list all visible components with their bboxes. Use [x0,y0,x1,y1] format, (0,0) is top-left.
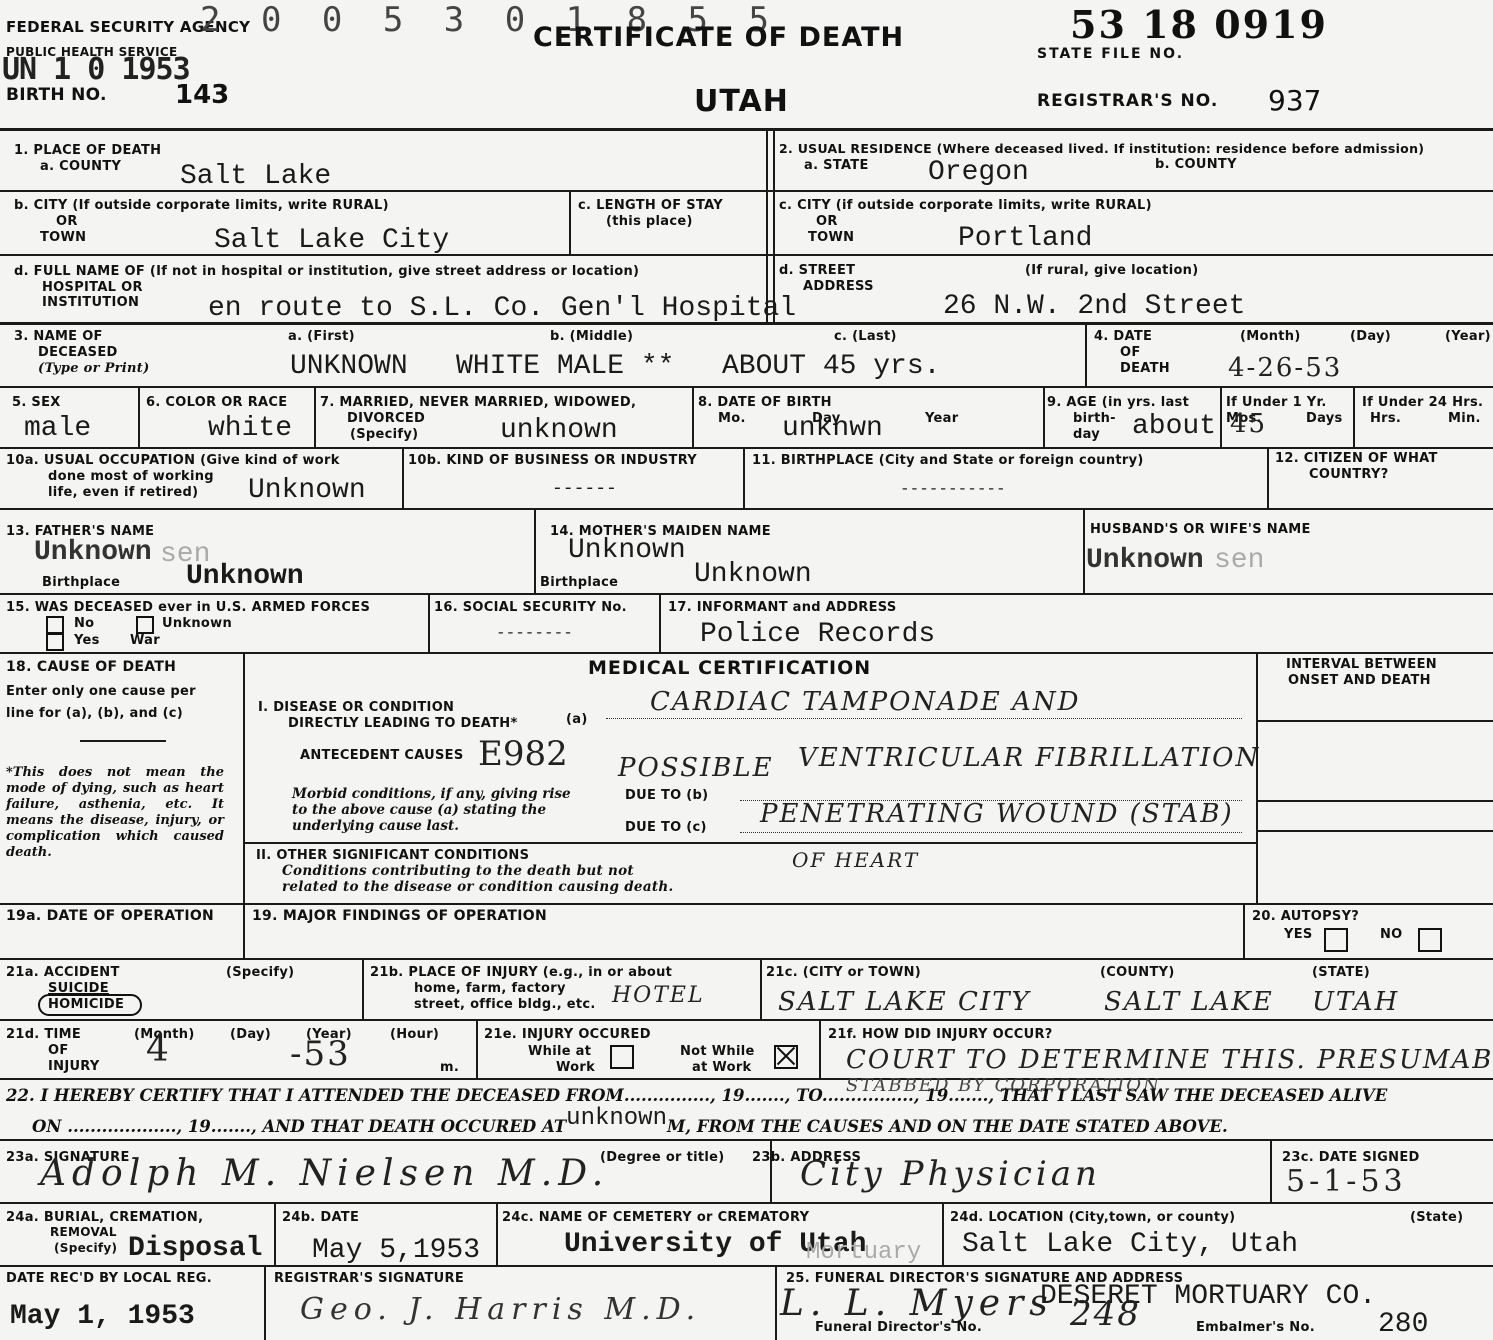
state-file-no: 53 18 0919 [1070,2,1328,47]
rule [1258,800,1493,802]
birthplace-label: 11. BIRTHPLACE (City and State or foreig… [752,453,1144,468]
month-label: (Month) [1240,329,1301,344]
divider [428,595,430,652]
divider [1353,388,1355,447]
name-label3: (Type or Print) [38,361,150,376]
city-label: b. CITY (If outside corporate limits, wr… [14,198,389,213]
date-signed-label: 23c. DATE SIGNED [1282,1150,1420,1165]
citizen-label: 12. CITIZEN OF WHAT [1275,451,1438,466]
spouse-ghost-text: sen [1214,546,1264,576]
cause-a-line [606,718,1242,719]
separator [80,740,166,742]
work-label: Work [556,1060,595,1075]
father-birthplace-label: Birthplace [42,575,120,590]
rule [0,958,1493,960]
divider [1085,324,1087,386]
autopsy-no-label: NO [1380,927,1403,942]
under-1yr-label: If Under 1 Yr. [1226,395,1327,410]
residence-county-label: b. COUNTY [1155,157,1237,172]
business-label: 10b. KIND OF BUSINESS OR INDUSTRY [408,453,697,468]
street-sub: ADDRESS [803,279,874,294]
divider [534,510,536,593]
mother-birthplace-label: Birthplace [540,575,618,590]
registrar-no-label: REGISTRAR'S NO. [1037,94,1218,109]
autopsy-no-checkbox[interactable] [1418,928,1442,952]
rule [0,1019,1493,1021]
spouse-field[interactable]: Unknown [1086,546,1204,576]
injury-city-label: 21c. (CITY or TOWN) [766,965,921,980]
marital-field[interactable]: unknown [500,416,618,446]
armed-yes-checkbox[interactable] [46,633,64,651]
citizen-label2: COUNTRY? [1309,467,1389,482]
divider [274,1204,276,1265]
middle-name-label: b. (Middle) [550,329,633,344]
divider [659,595,661,652]
divider [264,1267,266,1340]
race-label: 6. COLOR OR RACE [146,395,287,410]
injury-place-label3: street, office bldg., etc. [414,997,596,1012]
street-note: (If rural, give location) [1025,263,1198,278]
place-of-death-label: 1. PLACE OF DEATH [14,143,161,158]
rule [0,593,1493,595]
occupation-label2: done most of working [48,469,214,484]
burial-type-field[interactable]: Disposal [128,1234,262,1264]
injury-place-label: 21b. PLACE OF INJURY (e.g., in or about [370,965,672,980]
injury-city-field[interactable]: SALT LAKE CITY [778,988,1031,1016]
cemetery-label: 24c. NAME OF CEMETERY or CREMATORY [502,1210,809,1225]
cemetery-ghost-text: Mortuary [806,1238,921,1268]
last-name-field[interactable]: ABOUT 45 yrs. [722,352,940,382]
marital-label3: (Specify) [350,427,418,442]
rule [1258,830,1493,832]
armed-no-checkbox[interactable] [46,616,64,634]
rule [0,1078,1493,1080]
certify-line2-post: M, FROM THE CAUSES AND ON THE DATE STATE… [667,1117,1228,1136]
last-name-label: c. (Last) [834,329,897,344]
date-signed-field[interactable]: 5-1-53 [1286,1168,1407,1196]
divider [1243,905,1245,958]
antecedent-label: ANTECEDENT CAUSES [300,748,464,763]
rule [0,652,1493,654]
armed-war-label: War [130,633,160,648]
injury-occurred-label: 21e. INJURY OCCURED [484,1027,651,1042]
divider [1043,388,1045,447]
first-name-label: a. (First) [288,329,355,344]
cause-instr2: line for (a), (b), and (c) [6,706,183,721]
armed-unknown-checkbox[interactable] [136,616,154,634]
date-received-field[interactable]: May 1, 1953 [10,1302,195,1332]
injury-how-label: 21f. HOW DID INJURY OCCUR? [828,1027,1053,1042]
injury-time-label2: OF [48,1043,69,1058]
burial-type-label2: REMOVAL [50,1226,117,1239]
cause-label: 18. CAUSE OF DEATH [6,660,176,675]
death-city-field[interactable]: Salt Lake City [214,226,449,256]
at-work-label: at Work [692,1060,751,1075]
burial-type-label: 24a. BURIAL, CREMATION, [6,1210,203,1225]
certify-line2: ON ..................., 19......., AND T… [32,1112,1228,1142]
injury-type-label: 21a. ACCIDENT [6,965,120,980]
while-at-work-checkbox[interactable] [610,1045,634,1069]
certify-time-field[interactable]: unknown [566,1105,667,1132]
divider [1256,654,1258,903]
rule [0,128,1493,131]
occupation-label: 10a. USUAL OCCUPATION (Give kind of work [6,453,340,468]
divider [243,654,245,903]
mother-birthplace-field[interactable]: Unknown [694,560,812,590]
birth-no-label: BIRTH NO. [6,88,107,103]
dob-year-label: Year [925,411,958,426]
registrar-signature-label: REGISTRAR'S SIGNATURE [274,1271,464,1286]
dob-month-label: Mo. [718,411,746,426]
received-stamp: UN 1 0 1953 [2,52,190,87]
under-24hr-label: If Under 24 Hrs. [1362,395,1483,410]
certificate-title: CERTIFICATE OF DEATH [533,22,904,53]
injury-county-field[interactable]: SALT LAKE [1104,988,1274,1016]
divider [314,388,316,447]
age-label: 9. AGE (in yrs. last [1047,395,1189,410]
degree-label: (Degree or title) [600,1150,725,1165]
injury-time-label: 21d. TIME [6,1027,81,1042]
residence-state-label: a. STATE [804,158,869,173]
burial-type-label3: (Specify) [54,1242,117,1255]
funeral-director-no[interactable]: 248 [1070,1300,1141,1328]
hospital-sub1: HOSPITAL OR [42,280,143,295]
not-at-work-checkbox-checked[interactable] [774,1045,798,1069]
name-label2: DECEASED [38,345,118,360]
death-date-label2: OF [1120,345,1141,360]
under-1yr-days: Days [1306,411,1343,426]
interval-label: INTERVAL BETWEEN [1286,657,1437,672]
injury-state-field[interactable]: UTAH [1312,988,1399,1016]
injury-county-label: (COUNTY) [1100,965,1175,980]
day-label: (Day) [1350,329,1391,344]
informant-label: 17. INFORMANT and ADDRESS [668,600,897,615]
hospital-sub2: INSTITUTION [42,295,139,310]
death-county-field[interactable]: Salt Lake [180,162,331,192]
divider [476,1021,478,1078]
residence-city-field[interactable]: Portland [958,224,1092,254]
age-label2: birth- [1073,411,1116,426]
injury-month-field[interactable]: 4 [146,1036,171,1064]
residence-city-label: c. CITY (if outside corporate limits, wr… [779,198,1152,213]
under-24hr-min: Min. [1448,411,1481,426]
hospital-label: d. FULL NAME OF (If not in hospital or i… [14,264,639,279]
cause-c-label: DUE TO (c) [625,820,707,835]
disease-label: I. DISEASE OR CONDITION [258,700,454,715]
physician-signature[interactable]: Adolph M. Nielsen M.D. [40,1160,609,1188]
county-label: a. COUNTY [40,159,121,174]
street-field[interactable]: 26 N.W. 2nd Street [943,292,1245,322]
registrar-signature[interactable]: Geo. J. Harris M.D. [300,1296,701,1324]
injury-time-label3: INJURY [48,1059,100,1074]
ssn-field[interactable]: -------- [496,618,573,648]
divider [362,960,364,1019]
certify-line2-pre: ON ..................., 19......., AND T… [32,1117,566,1136]
birth-no: 143 [175,80,229,110]
registrar-no: 937 [1268,84,1321,117]
occupation-label3: life, even if retired) [48,485,198,500]
mother-field[interactable]: Unknown [568,536,686,566]
armed-yes-label: Yes [74,633,100,648]
not-while-label: Not While [680,1044,755,1059]
autopsy-yes-checkbox[interactable] [1324,928,1348,952]
divider [1267,449,1269,508]
injury-hour-label: (Hour) [390,1027,439,1042]
residence-city-or: OR [816,214,838,229]
state-file-label: STATE FILE NO. [1037,47,1184,62]
death-date-field[interactable]: 4-26-53 [1228,354,1342,382]
divider [138,388,140,447]
cause-b-label: DUE TO (b) [625,788,708,803]
divider [692,388,694,447]
dob-field[interactable]: unknwn [782,414,883,444]
autopsy-label: 20. AUTOPSY? [1252,909,1359,924]
antecedent-field[interactable]: VENTRICULAR FIBRILLATION [798,744,1260,772]
father-field[interactable]: Unknown [34,538,152,568]
city-town-label: TOWN [40,230,86,245]
while-at-label: While at [528,1044,591,1059]
rule [0,903,1493,905]
year-label: (Year) [1445,329,1491,344]
divider [819,1021,821,1078]
burial-state-label: (State) [1410,1210,1463,1225]
residence-city-town: TOWN [808,230,854,245]
injury-year-field[interactable]: -53 [290,1040,351,1068]
morbid-note: Morbid conditions, if any, giving rise t… [292,786,584,834]
cause-possible: POSSIBLE [618,754,774,782]
other-conditions-sub: Conditions contributing to the death but… [282,864,634,879]
disease-label2: DIRECTLY LEADING TO DEATH* [288,716,518,731]
rule [245,842,1256,844]
other-conditions-field[interactable]: OF HEART [792,846,919,874]
length-of-stay-label: c. LENGTH OF STAY [578,198,723,213]
operation-findings-label: 19. MAJOR FINDINGS OF OPERATION [252,909,547,924]
homicide-circle [38,994,142,1016]
burial-location-label: 24d. LOCATION (City,town, or county) [950,1210,1235,1225]
other-conditions-sub2: related to the disease or condition caus… [282,880,674,895]
under-24hr-hrs: Hrs. [1370,411,1401,426]
injury-day-label: (Day) [230,1027,271,1042]
hospital-field[interactable]: en route to S.L. Co. Gen'l Hospital [208,294,796,324]
length-of-stay-sub: (this place) [606,214,693,229]
rule [0,508,1493,510]
divider [1220,388,1222,447]
cause-c-line [740,832,1242,833]
age-label3: day [1073,427,1100,442]
first-name-field[interactable]: UNKNOWN [290,352,408,382]
city-or-label: OR [56,214,78,229]
funeral-director-no-label: Funeral Director's No. [815,1320,982,1335]
rule [0,1202,1493,1204]
interval-label2: ONSET AND DEATH [1288,673,1431,688]
certify-line1: 22. I HEREBY CERTIFY THAT I ATTENDED THE… [6,1086,1387,1105]
middle-name-field[interactable]: WHITE MALE ** [456,352,674,382]
sex-label: 5. SEX [12,395,61,410]
other-conditions-label: II. OTHER SIGNIFICANT CONDITIONS [256,848,529,863]
race-field[interactable]: white [208,414,292,444]
rule [1258,720,1493,722]
divider [243,905,245,958]
residence-state-field[interactable]: Oregon [928,158,1029,188]
usual-residence-label: 2. USUAL RESIDENCE (Where deceased lived… [779,141,1424,156]
injury-specify-label: (Specify) [226,965,294,980]
divider [942,1204,944,1265]
sex-field[interactable]: male [24,414,91,444]
medical-certification-title: MEDICAL CERTIFICATION [588,657,871,679]
informant-field[interactable]: Police Records [700,620,935,650]
street-label: d. STREET [779,263,855,278]
divider [402,449,404,508]
injury-place-field[interactable]: HOTEL [612,982,705,1010]
injury-how-field[interactable]: COURT TO DETERMINE THIS. PRESUMABLY [846,1046,1493,1074]
physician-address[interactable]: City Physician [800,1160,1101,1188]
operation-date-label: 19a. DATE OF OPERATION [6,909,214,924]
divider [775,1267,777,1340]
autopsy-yes-label: YES [1284,927,1313,942]
age-field[interactable]: about [1132,412,1216,442]
birthplace-field[interactable]: ----------- [900,474,1006,504]
state-title: UTAH [694,84,789,119]
armed-no-label: No [74,616,94,631]
business-field[interactable]: ------ [552,474,617,504]
injury-place-label2: home, farm, factory [414,981,566,996]
injury-state-label: (STATE) [1312,965,1370,980]
cause-note: *This does not mean the mode of dying, s… [6,765,224,861]
name-label: 3. NAME OF [14,329,103,344]
embalmer-no-label: Embalmer's No. [1196,1320,1315,1335]
divider [496,1204,498,1265]
rule [0,1265,1493,1267]
cause-instr1: Enter only one cause per [6,684,196,699]
divider [743,449,745,508]
funeral-director-signature[interactable]: L. L. Myers [780,1290,1054,1318]
rule [0,447,1493,449]
cause-a-label: (a) [566,712,588,727]
spouse-label: HUSBAND'S OR WIFE'S NAME [1090,522,1311,537]
cause-code: E982 [478,740,568,768]
cause-a-field[interactable]: CARDIAC TAMPONADE AND [650,688,1080,716]
divider [569,192,571,254]
burial-location-field[interactable]: Salt Lake City, Utah [962,1230,1298,1260]
father-birthplace-field[interactable]: Unknown [186,562,304,592]
dob-label: 8. DATE OF BIRTH [698,395,832,410]
ssn-label: 16. SOCIAL SECURITY No. [434,600,627,615]
burial-date-label: 24b. DATE [282,1210,359,1225]
injury-m-label: m. [440,1060,459,1075]
occupation-field[interactable]: Unknown [248,476,366,506]
date-received-label: DATE REC'D BY LOCAL REG. [6,1271,212,1286]
divider [1270,1141,1272,1202]
rule [0,386,1493,388]
under-1yr-field[interactable]: 45 [1230,410,1267,438]
divider [760,960,762,1019]
armed-unknown-label: Unknown [162,616,232,631]
armed-forces-label: 15. WAS DECEASED ever in U.S. ARMED FORC… [6,600,370,615]
marital-label2: DIVORCED [347,411,425,426]
divider [1083,510,1085,593]
embalmer-no[interactable]: 280 [1378,1310,1428,1340]
burial-date-field[interactable]: May 5,1953 [312,1236,480,1266]
cause-b-field[interactable]: PENETRATING WOUND (STAB) [760,800,1234,828]
marital-label: 7. MARRIED, NEVER MARRIED, WIDOWED, [320,395,636,410]
death-date-label3: DEATH [1120,361,1170,376]
death-date-label: 4. DATE [1094,329,1152,344]
